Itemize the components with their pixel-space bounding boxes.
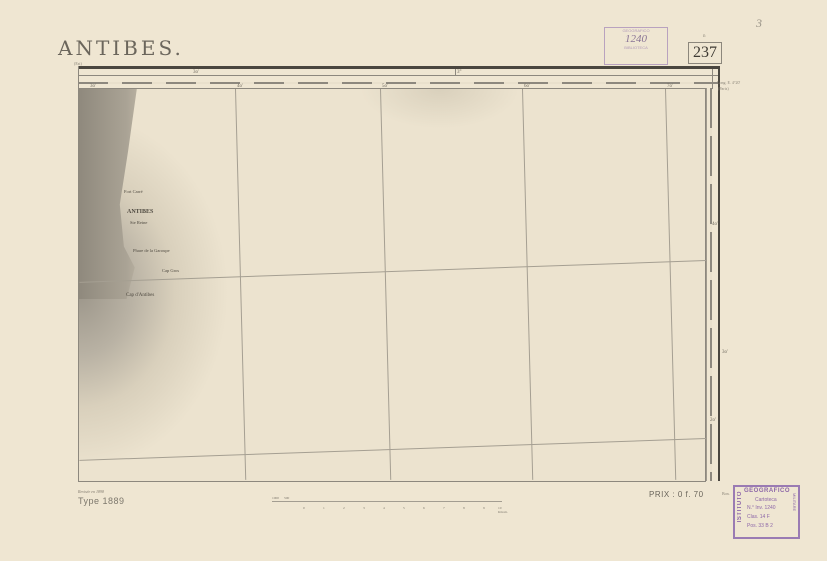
scale-label: 4 — [383, 506, 385, 510]
tick-mark — [455, 69, 456, 76]
sea-contours — [360, 89, 520, 129]
tick-label: 3o' — [193, 70, 199, 75]
price-label: PRIX : 0 f. 70 — [649, 490, 704, 499]
frame-graduation — [78, 82, 718, 84]
scale-line — [272, 501, 502, 502]
place-label-garoupe[interactable]: Phare de la Garoupe — [133, 248, 170, 253]
stamp-class: Clas. 14 F — [747, 514, 770, 520]
tick-label: 3o' — [722, 350, 728, 355]
tick-label: 3o' — [90, 84, 96, 89]
map-title: ANTIBES. — [58, 36, 184, 60]
stamp-side: ISTITUTO — [737, 491, 743, 522]
tick-label: 3° — [457, 70, 462, 75]
scale-label: 500 — [284, 496, 289, 500]
scale-label: 8 — [463, 506, 465, 510]
archive-stamp: GEOGRAFICO ISTITUTO MILITARE Cartoteca N… — [733, 485, 800, 539]
page-mark: 3 — [756, 16, 762, 31]
scale-label: 5 — [403, 506, 405, 510]
scale-label: 1000 — [272, 496, 279, 500]
scale-label: 7 — [443, 506, 445, 510]
tick-label: 4o' — [237, 84, 243, 89]
place-label-cap-gros[interactable]: Cap Gros — [162, 268, 179, 273]
longitude-note: (Paris) — [718, 86, 729, 91]
tick-label: 7o' — [667, 84, 673, 89]
stamp-line: BIBLIOTECA — [605, 45, 667, 50]
sheet-label: n — [703, 34, 706, 39]
scale-label: 1 — [323, 506, 325, 510]
frame-border — [718, 66, 720, 481]
stamp-inventory: N.° Inv. 1240 — [747, 505, 776, 511]
tick-label: 4o' — [712, 222, 718, 227]
place-label-antibes[interactable]: ANTIBES — [127, 209, 153, 215]
frame-border — [78, 66, 718, 69]
tick-label: 5o' — [382, 84, 388, 89]
scale-label: 0 — [303, 506, 305, 510]
scale-label: 10 Kilom. — [498, 506, 508, 514]
type-label: Type 1889 — [78, 496, 125, 506]
frame-border — [78, 75, 718, 76]
scale-label: 9 — [483, 506, 485, 510]
stamp-position: Pos. 33 B 2 — [747, 523, 773, 529]
stamp-header: GEOGRAFICO — [744, 488, 790, 494]
corner-mark: Bon. — [722, 491, 730, 496]
frame-border — [78, 66, 79, 88]
library-stamp: GEOGRAFICO 1240 BIBLIOTECA — [604, 27, 668, 65]
stamp-dept: Cartoteca — [755, 497, 777, 503]
stamp-side: MILITARE — [792, 493, 797, 511]
tick-label: 6o' — [524, 84, 530, 89]
longitude-note: Long. E. 4°20' — [717, 80, 740, 85]
sheet-number: 237 — [688, 42, 722, 64]
place-label-ste-reine[interactable]: Ste Reine — [130, 220, 147, 225]
tick-label: 2o' — [710, 418, 716, 423]
place-label-fort-carre[interactable]: Fort Carré — [124, 189, 143, 194]
scale-label: 3 — [363, 506, 365, 510]
scale-label: 2 — [343, 506, 345, 510]
revision-note: Revisée en 1898 — [78, 489, 104, 494]
scale-label: 6 — [423, 506, 425, 510]
place-label-cap-dantibes[interactable]: Cap d'Antibes — [126, 293, 154, 298]
frame-border — [706, 88, 707, 481]
stamp-handwritten-number: 1240 — [605, 33, 667, 45]
